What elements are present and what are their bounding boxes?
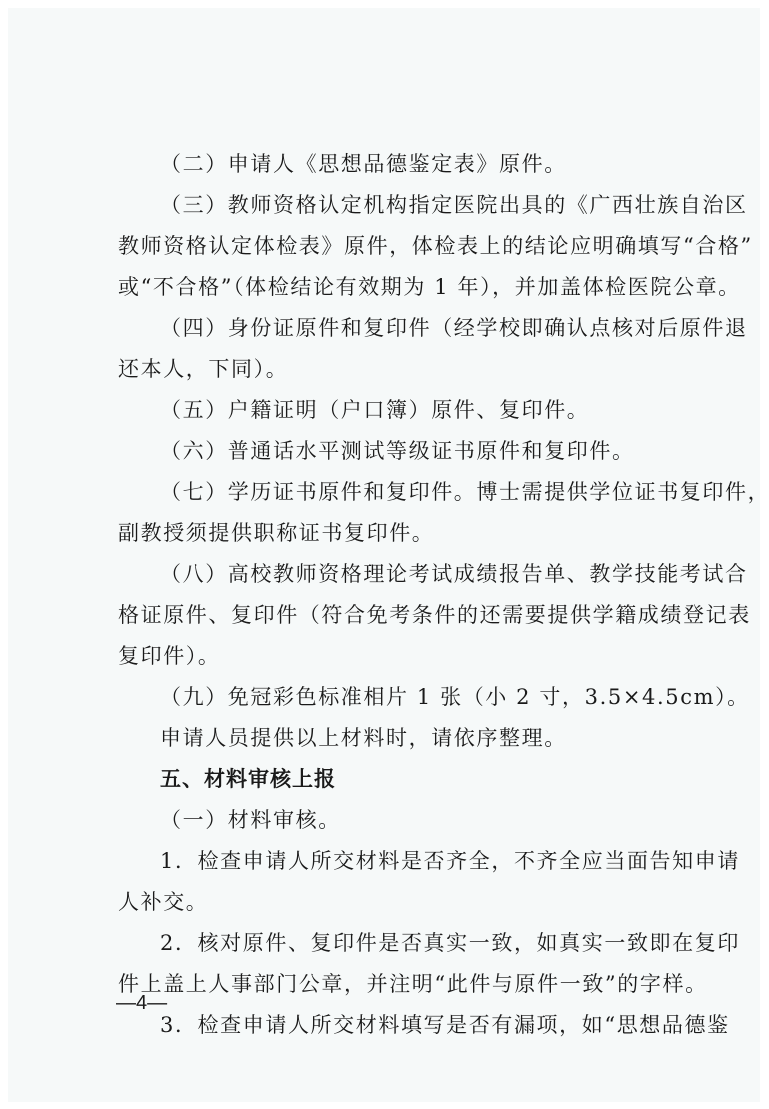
step-3-line-1: 3．检查申请人所交材料填写是否有漏项，如“思想品德鉴 (160, 1009, 730, 1041)
section-heading: 五、材料审核上报 (160, 763, 336, 795)
paragraph-item-7-line-1: （七）学历证书原件和复印件。博士需提供学位证书复印件， (160, 476, 769, 508)
step-2-line-2: 件上盖上人事部门公章，并注明“此件与原件一致”的字样。 (118, 968, 708, 1000)
paragraph-item-7-line-2: 副教授须提供职称证书复印件。 (118, 517, 434, 549)
step-1-line-1: 1．检查申请人所交材料是否齐全，不齐全应当面告知申请 (160, 845, 740, 877)
paragraph-item-8-line-1: （八）高校教师资格理论考试成绩报告单、教学技能考试合 (160, 558, 748, 590)
paragraph-item-5: （五）户籍证明（户口簿）原件、复印件。 (160, 394, 589, 426)
paragraph-item-8-line-3: 复印件）。 (118, 640, 221, 672)
paragraph-item-3-line-1: （三）教师资格认定机构指定医院出具的《广西壮族自治区 (160, 189, 748, 221)
paragraph-note: 申请人员提供以上材料时，请依序整理。 (160, 722, 567, 754)
paragraph-item-3-line-2: 教师资格认定体检表》原件，体检表上的结论应明确填写“合格” (118, 230, 753, 262)
paragraph-item-8-line-2: 格证原件、复印件（符合免考条件的还需要提供学籍成绩登记表 (118, 599, 751, 631)
paragraph-item-6: （六）普通话水平测试等级证书原件和复印件。 (160, 435, 635, 467)
paragraph-item-4-line-1: （四）身份证原件和复印件（经学校即确认点核对后原件退 (160, 312, 748, 344)
document-page: （二）申请人《思想品德鉴定表》原件。 （三）教师资格认定机构指定医院出具的《广西… (8, 8, 760, 1102)
step-2-line-1: 2．核对原件、复印件是否真实一致，如真实一致即在复印 (160, 927, 740, 959)
subsection-heading: （一）材料审核。 (160, 804, 341, 836)
paragraph-item-9: （九）免冠彩色标准相片 1 张（小 2 寸，3.5×4.5cm）。 (160, 681, 750, 713)
page-number: —4— (116, 992, 167, 1015)
step-1-line-2: 人补交。 (118, 886, 208, 918)
paragraph-item-3-line-3: 或“不合格”（体检结论有效期为 1 年），并加盖体检医院公章。 (118, 271, 741, 303)
paragraph-item-2: （二）申请人《思想品德鉴定表》原件。 (160, 148, 567, 180)
paragraph-item-4-line-2: 还本人，下同）。 (118, 353, 288, 385)
